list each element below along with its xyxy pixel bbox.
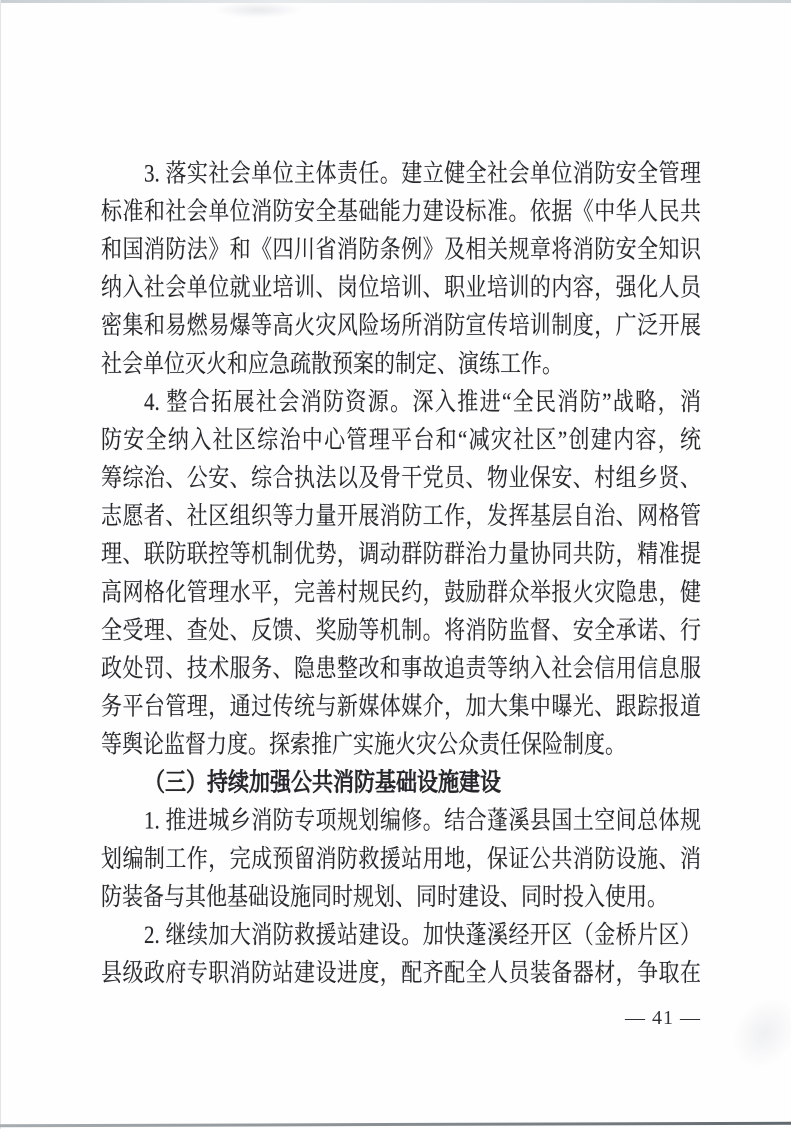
text-line: 密集和易燃易爆等高火灾风险场所消防宣传培训制度，广泛开展 — [101, 306, 701, 344]
text-line: 务平台管理，通过传统与新媒体媒介，加大集中曝光、跟踪报道 — [101, 687, 701, 725]
text-line: 1. 推进城乡消防专项规划编修。结合蓬溪县国土空间总体规 — [101, 801, 701, 839]
text-line: 4. 整合拓展社会消防资源。深入推进“全民消防”战略，消 — [101, 382, 701, 420]
paragraph: 3. 落实社会单位主体责任。建立健全社会单位消防安全管理标准和社会单位消防安全基… — [101, 154, 701, 382]
text-line: 志愿者、社区组织等力量开展消防工作，发挥基层自治、网格管 — [101, 497, 701, 535]
text-line: 社会单位灭火和应急疏散预案的制定、演练工作。 — [101, 344, 701, 382]
text-line: 纳入社会单位就业培训、岗位培训、职业培训的内容，强化人员 — [101, 268, 701, 306]
scan-artifact-smudge-footer — [719, 985, 791, 1081]
page-number: — 41 — — [101, 1003, 705, 1033]
text-line: 标准和社会单位消防安全基础能力建设标准。依据《中华人民共 — [101, 192, 701, 230]
text-line: 防装备与其他基础设施同时规划、同时建设、同时投入使用。 — [101, 878, 701, 916]
text-line: 高网格化管理水平，完善村规民约，鼓励群众举报火灾隐患，健 — [101, 573, 701, 611]
section-heading: （三）持续加强公共消防基础设施建设 — [101, 763, 701, 801]
scan-artifact-left-edge — [0, 0, 1, 1129]
text-line: 全受理、查处、反馈、奖励等机制。将消防监督、安全承诺、行 — [101, 611, 701, 649]
scan-artifact-top-edge — [0, 0, 791, 3]
scan-artifact-smudge-top — [213, 2, 303, 18]
paragraph: 1. 推进城乡消防专项规划编修。结合蓬溪县国土空间总体规划编制工作，完成预留消防… — [101, 801, 701, 915]
text-line: 2. 继续加大消防救援站建设。加快蓬溪经开区（金桥片区） — [101, 916, 701, 954]
text-line: 3. 落实社会单位主体责任。建立健全社会单位消防安全管理 — [101, 154, 701, 192]
document-body: 3. 落实社会单位主体责任。建立健全社会单位消防安全管理标准和社会单位消防安全基… — [101, 154, 701, 992]
paragraph: 2. 继续加大消防救援站建设。加快蓬溪经开区（金桥片区）县级政府专职消防站建设进… — [101, 916, 701, 992]
text-line: 等舆论监督力度。探索推广实施火灾公众责任保险制度。 — [101, 725, 701, 763]
text-line: 和国消防法》和《四川省消防条例》及相关规章将消防安全知识 — [101, 230, 701, 268]
text-line: （三）持续加强公共消防基础设施建设 — [101, 763, 701, 801]
scan-artifact-bottom-edge — [0, 1121, 791, 1126]
text-line: 筹综治、公安、综合执法以及骨干党员、物业保安、村组乡贤、 — [101, 459, 701, 497]
text-line: 县级政府专职消防站建设进度，配齐配全人员装备器材，争取在 — [101, 954, 701, 992]
text-line: 理、联防联控等机制优势，调动群防群治力量协同共防，精准提 — [101, 535, 701, 573]
text-line: 政处罚、技术服务、隐患整改和事故追责等纳入社会信用信息服 — [101, 649, 701, 687]
document-page: 3. 落实社会单位主体责任。建立健全社会单位消防安全管理标准和社会单位消防安全基… — [0, 0, 791, 1129]
text-line: 划编制工作，完成预留消防救援站用地，保证公共消防设施、消 — [101, 839, 701, 877]
paragraph: 4. 整合拓展社会消防资源。深入推进“全民消防”战略，消防安全纳入社区综治中心管… — [101, 382, 701, 763]
text-line: 防安全纳入社区综治中心管理平台和“减灾社区”创建内容，统 — [101, 421, 701, 459]
